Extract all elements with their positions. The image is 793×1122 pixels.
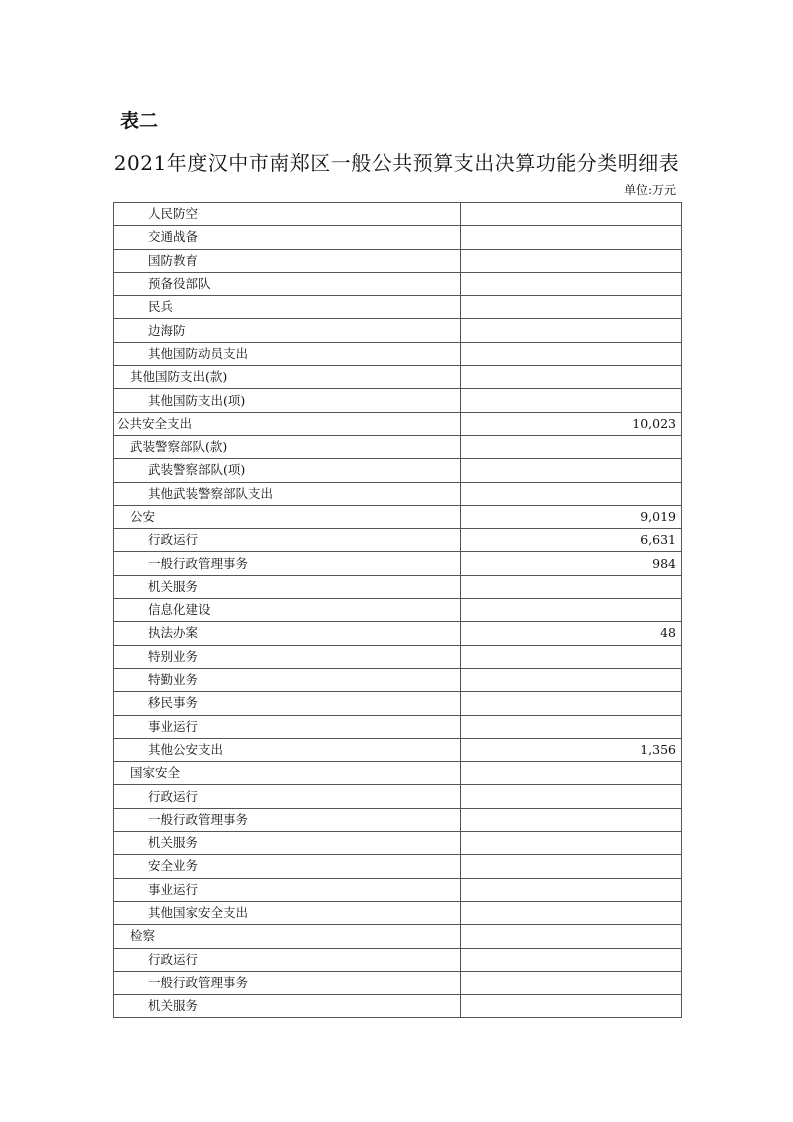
item-name-cell: 执法办案 [114,622,461,645]
amount-cell [461,832,682,855]
amount-cell [461,203,682,226]
item-name-cell: 机关服务 [114,832,461,855]
amount-cell [461,808,682,831]
table-row: 移民事务 [114,692,682,715]
amount-cell [461,901,682,924]
amount-cell [461,762,682,785]
item-name-cell: 事业运行 [114,715,461,738]
table-row: 公共安全支出10,023 [114,412,682,435]
table-row: 信息化建设 [114,599,682,622]
table-row: 预备役部队 [114,272,682,295]
table-row: 其他国防支出(款) [114,366,682,389]
table-row: 行政运行6,631 [114,529,682,552]
amount-cell [461,296,682,319]
amount-cell [461,226,682,249]
table-row: 机关服务 [114,995,682,1018]
item-name-cell: 其他国防动员支出 [114,342,461,365]
table-row: 一般行政管理事务 [114,971,682,994]
table-row: 一般行政管理事务 [114,808,682,831]
item-name-cell: 国防教育 [114,249,461,272]
unit-label: 单位:万元 [624,181,676,198]
item-name-cell: 其他公安支出 [114,738,461,761]
table-row: 事业运行 [114,878,682,901]
table-row: 边海防 [114,319,682,342]
table-row: 武装警察部队(项) [114,459,682,482]
amount-cell [461,925,682,948]
table-row: 行政运行 [114,785,682,808]
item-name-cell: 一般行政管理事务 [114,971,461,994]
item-name-cell: 行政运行 [114,785,461,808]
page-title: 2021年度汉中市南郑区一般公共预算支出决算功能分类明细表 [0,147,793,176]
item-name-cell: 事业运行 [114,878,461,901]
table-row: 特别业务 [114,645,682,668]
amount-cell: 984 [461,552,682,575]
amount-cell [461,785,682,808]
table-row: 机关服务 [114,575,682,598]
table-row: 武装警察部队(款) [114,435,682,458]
table-row: 机关服务 [114,832,682,855]
item-name-cell: 移民事务 [114,692,461,715]
item-name-cell: 人民防空 [114,203,461,226]
item-name-cell: 交通战备 [114,226,461,249]
item-name-cell: 其他国防支出(款) [114,366,461,389]
amount-cell: 1,356 [461,738,682,761]
item-name-cell: 机关服务 [114,995,461,1018]
item-name-cell: 民兵 [114,296,461,319]
item-name-cell: 特别业务 [114,645,461,668]
amount-cell: 10,023 [461,412,682,435]
item-name-cell: 行政运行 [114,948,461,971]
amount-cell: 6,631 [461,529,682,552]
item-name-cell: 其他武装警察部队支出 [114,482,461,505]
expenditure-table: 人民防空交通战备国防教育预备役部队民兵边海防其他国防动员支出其他国防支出(款)其… [113,202,682,1018]
item-name-cell: 其他国家安全支出 [114,901,461,924]
amount-cell [461,948,682,971]
amount-cell [461,249,682,272]
item-name-cell: 预备役部队 [114,272,461,295]
amount-cell [461,855,682,878]
table-row: 检察 [114,925,682,948]
table-row: 其他国防支出(项) [114,389,682,412]
amount-cell [461,971,682,994]
amount-cell [461,459,682,482]
item-name-cell: 武装警察部队(项) [114,459,461,482]
item-name-cell: 安全业务 [114,855,461,878]
item-name-cell: 公共安全支出 [114,412,461,435]
item-name-cell: 武装警察部队(款) [114,435,461,458]
table-row: 交通战备 [114,226,682,249]
table-row: 行政运行 [114,948,682,971]
amount-cell [461,575,682,598]
table-row: 一般行政管理事务984 [114,552,682,575]
amount-cell [461,599,682,622]
amount-cell: 48 [461,622,682,645]
table-label: 表二 [120,106,158,133]
item-name-cell: 国家安全 [114,762,461,785]
item-name-cell: 行政运行 [114,529,461,552]
table-row: 其他公安支出1,356 [114,738,682,761]
item-name-cell: 一般行政管理事务 [114,552,461,575]
amount-cell [461,319,682,342]
amount-cell [461,435,682,458]
amount-cell [461,668,682,691]
amount-cell [461,366,682,389]
item-name-cell: 特勤业务 [114,668,461,691]
table-row: 国家安全 [114,762,682,785]
table-row: 民兵 [114,296,682,319]
amount-cell [461,482,682,505]
amount-cell [461,272,682,295]
amount-cell: 9,019 [461,505,682,528]
table-row: 其他武装警察部队支出 [114,482,682,505]
item-name-cell: 机关服务 [114,575,461,598]
amount-cell [461,389,682,412]
table-row: 国防教育 [114,249,682,272]
item-name-cell: 边海防 [114,319,461,342]
item-name-cell: 公安 [114,505,461,528]
amount-cell [461,692,682,715]
item-name-cell: 一般行政管理事务 [114,808,461,831]
table-row: 其他国家安全支出 [114,901,682,924]
table-row: 事业运行 [114,715,682,738]
amount-cell [461,342,682,365]
amount-cell [461,645,682,668]
table-row: 人民防空 [114,203,682,226]
table-row: 安全业务 [114,855,682,878]
amount-cell [461,878,682,901]
item-name-cell: 检察 [114,925,461,948]
item-name-cell: 信息化建设 [114,599,461,622]
item-name-cell: 其他国防支出(项) [114,389,461,412]
table-row: 其他国防动员支出 [114,342,682,365]
table-row: 特勤业务 [114,668,682,691]
table-row: 公安9,019 [114,505,682,528]
table-row: 执法办案48 [114,622,682,645]
amount-cell [461,995,682,1018]
amount-cell [461,715,682,738]
